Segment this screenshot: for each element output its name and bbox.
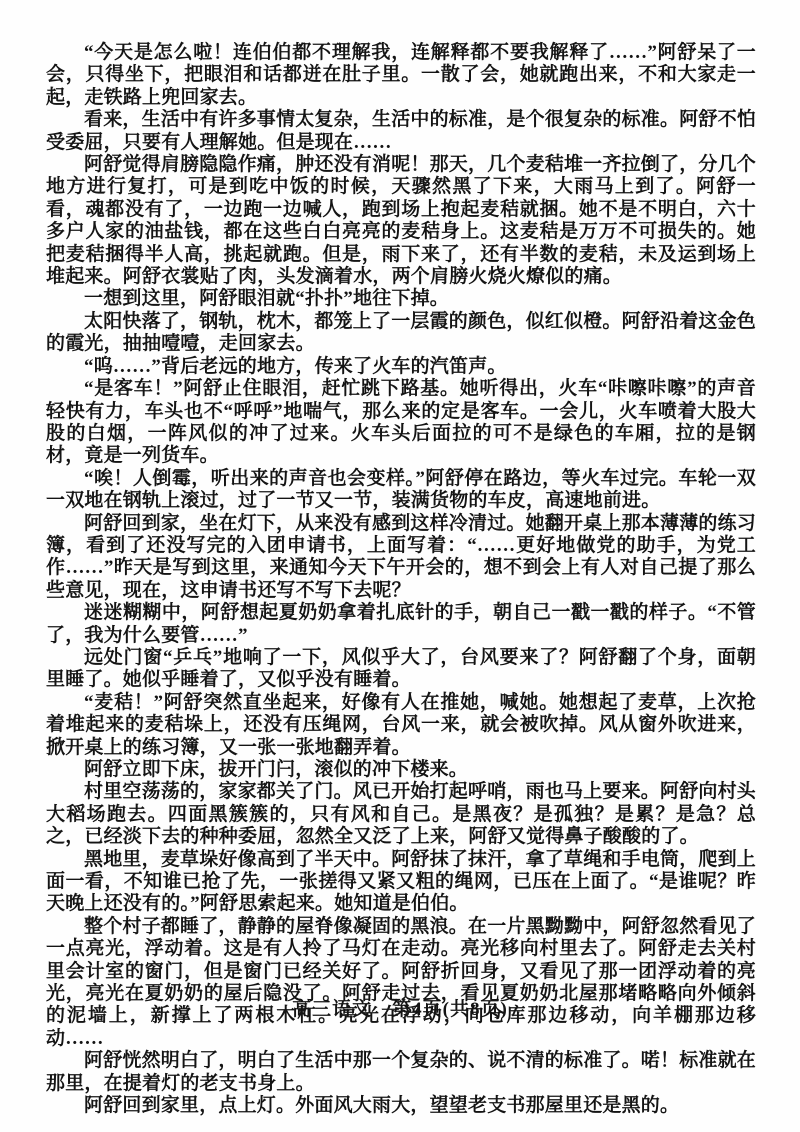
paragraph: “麦秸！”阿舒突然直坐起来，好像有人在推她，喊她。她想起了麦草，上次抢着堆起来的…: [46, 692, 756, 759]
passage-text: “今天是怎么啦！连伯伯都不理解我，连解释都不要我解释了……”阿舒呆了一会，只得坐…: [46, 42, 756, 1118]
paragraph: 远处门窗“乒乓”地响了一下，风似乎大了，台风要来了？阿舒翻了个身，面朝里睡了。她…: [46, 647, 756, 692]
paragraph: “今天是怎么啦！连伯伯都不理解我，连解释都不要我解释了……”阿舒呆了一会，只得坐…: [46, 42, 756, 109]
paragraph: 太阳快落了，钢轨，枕木，都笼上了一层霞的颜色，似红似橙。阿舒沿着这金色的霞光，抽…: [46, 311, 756, 356]
paragraph: 黑地里，麦草垛好像高到了半天中。阿舒抹了抹汗，拿了草绳和手电筒，爬到上面一看，不…: [46, 849, 756, 916]
paragraph: 阿舒回到家里，点上灯。外面风大雨大，望望老支书那屋里还是黑的。: [46, 1095, 756, 1117]
paragraph: 村里空荡荡的，家家都关了门。风已开始打起呼哨，雨也马上要来。阿舒向村头大稻场跑去…: [46, 781, 756, 848]
paragraph: 一想到这里，阿舒眼泪就“扑扑”地往下掉。: [46, 288, 756, 310]
page-footer: 高三语文 第4页(共8页): [0, 994, 800, 1021]
paragraph: “唉！人倒霉，听出来的声音也会变样。”阿舒停在路边，等火车过完。车轮一双一双地在…: [46, 468, 756, 513]
paragraph: 阿舒立即下床，拔开门闩，滚似的冲下楼来。: [46, 759, 756, 781]
paragraph: 看来，生活中有许多事情太复杂，生活中的标准，是个很复杂的标准。阿舒不怕受委屈，只…: [46, 109, 756, 154]
paragraph: 整个村子都睡了，静静的屋脊像凝固的黑浪。在一片黑黝黝中，阿舒忽然看见了一点亮光，…: [46, 916, 756, 1050]
paragraph: 阿舒恍然明白了，明白了生活中那一个复杂的、说不清的标准了。喏！标准就在那里，在提…: [46, 1050, 756, 1095]
paragraph: “呜……”背后老远的地方，传来了火车的汽笛声。: [46, 356, 756, 378]
paragraph: 迷迷糊糊中，阿舒想起夏奶奶拿着扎底针的手，朝自己一戳一戳的样子。“不管了，我为什…: [46, 602, 756, 647]
paragraph: 阿舒觉得肩膀隐隐作痛，肿还没有消呢！那天，几个麦秸堆一齐拉倒了，分几个地方进行复…: [46, 154, 756, 288]
exam-page: “今天是怎么啦！连伯伯都不理解我，连解释都不要我解释了……”阿舒呆了一会，只得坐…: [0, 0, 800, 1132]
paragraph: “是客车！”阿舒止住眼泪，赶忙跳下路基。她听得出，火车“咔嚓咔嚓”的声音轻快有力…: [46, 378, 756, 468]
paragraph: 阿舒回到家，坐在灯下，从来没有感到这样冷清过。她翻开桌上那本薄薄的练习簿，看到了…: [46, 513, 756, 603]
